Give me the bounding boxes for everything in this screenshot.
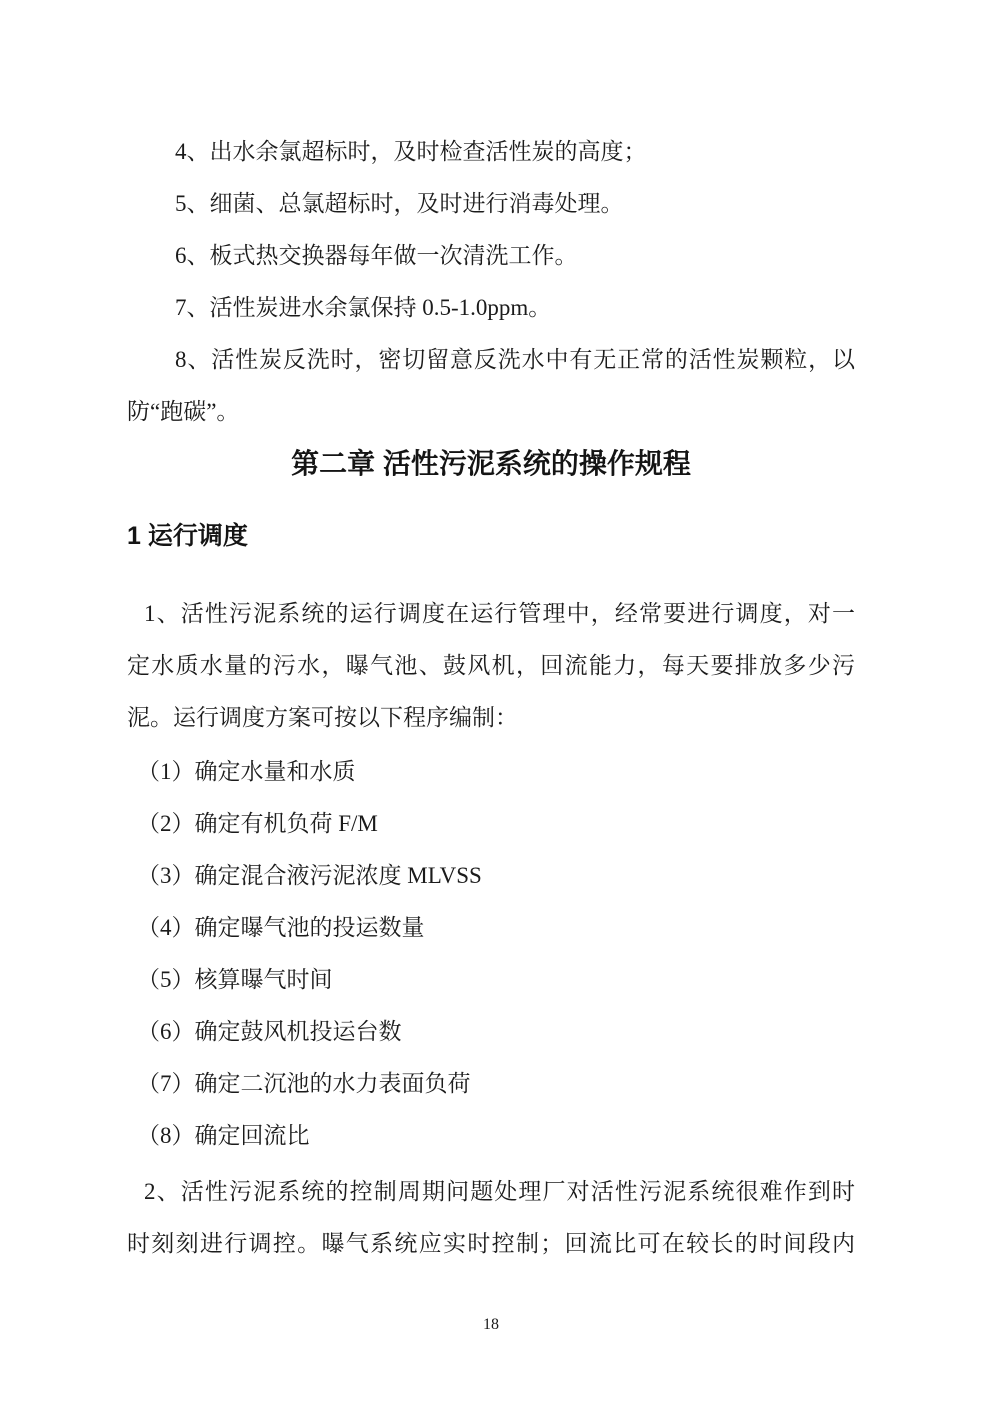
- page-number: 18: [483, 1313, 499, 1337]
- paragraph-1-line-2: 定水质水量的污水，曝气池、鼓风机，回流能力，每天要排放多少污: [127, 640, 855, 692]
- procedure-steps: （1）确定水量和水质 （2）确定有机负荷 F/M （3）确定混合液污泥浓度 ML…: [127, 746, 855, 1162]
- procedure-step-8: （8）确定回流比: [127, 1110, 855, 1162]
- maintenance-item-4: 4、出水余氯超标时，及时检查活性炭的高度；: [127, 126, 855, 178]
- document-page: 4、出水余氯超标时，及时检查活性炭的高度； 5、细菌、总氯超标时，及时进行消毒处…: [0, 0, 1000, 1414]
- document-body: 4、出水余氯超标时，及时检查活性炭的高度； 5、细菌、总氯超标时，及时进行消毒处…: [0, 0, 1000, 1337]
- chapter-heading: 第二章 活性污泥系统的操作规程: [127, 438, 855, 490]
- paragraph-1: 1、活性污泥系统的运行调度在运行管理中，经常要进行调度，对一 定水质水量的污水，…: [127, 588, 855, 744]
- paragraph-2: 2、活性污泥系统的控制周期问题处理厂对活性污泥系统很难作到时 时刻刻进行调控。曝…: [127, 1166, 855, 1270]
- page-footer: 18: [127, 1309, 855, 1337]
- procedure-step-2: （2）确定有机负荷 F/M: [127, 798, 855, 850]
- procedure-step-5: （5）核算曝气时间: [127, 954, 855, 1006]
- procedure-step-6: （6）确定鼓风机投运台数: [127, 1006, 855, 1058]
- maintenance-item-5: 5、细菌、总氯超标时，及时进行消毒处理。: [127, 178, 855, 230]
- procedure-step-4: （4）确定曝气池的投运数量: [127, 902, 855, 954]
- procedure-step-1: （1）确定水量和水质: [127, 746, 855, 798]
- paragraph-1-line-3: 泥。运行调度方案可按以下程序编制：: [127, 692, 855, 744]
- maintenance-list: 4、出水余氯超标时，及时检查活性炭的高度； 5、细菌、总氯超标时，及时进行消毒处…: [127, 126, 855, 438]
- procedure-step-7: （7）确定二沉池的水力表面负荷: [127, 1058, 855, 1110]
- maintenance-item-6: 6、板式热交换器每年做一次清洗工作。: [127, 230, 855, 282]
- maintenance-item-8-line-2: 防“跑碳”。: [127, 386, 855, 438]
- procedure-step-3: （3）确定混合液污泥浓度 MLVSS: [127, 850, 855, 902]
- paragraph-1-line-1: 1、活性污泥系统的运行调度在运行管理中，经常要进行调度，对一: [127, 588, 855, 640]
- section-heading: 1 运行调度: [127, 510, 855, 562]
- paragraph-2-line-2: 时刻刻进行调控。曝气系统应实时控制；回流比可在较长的时间段内: [127, 1218, 855, 1270]
- maintenance-item-8-line-1: 8、活性炭反洗时，密切留意反洗水中有无正常的活性炭颗粒，以: [127, 334, 855, 386]
- paragraph-2-line-1: 2、活性污泥系统的控制周期问题处理厂对活性污泥系统很难作到时: [127, 1166, 855, 1218]
- maintenance-item-7: 7、活性炭进水余氯保持 0.5-1.0ppm。: [127, 282, 855, 334]
